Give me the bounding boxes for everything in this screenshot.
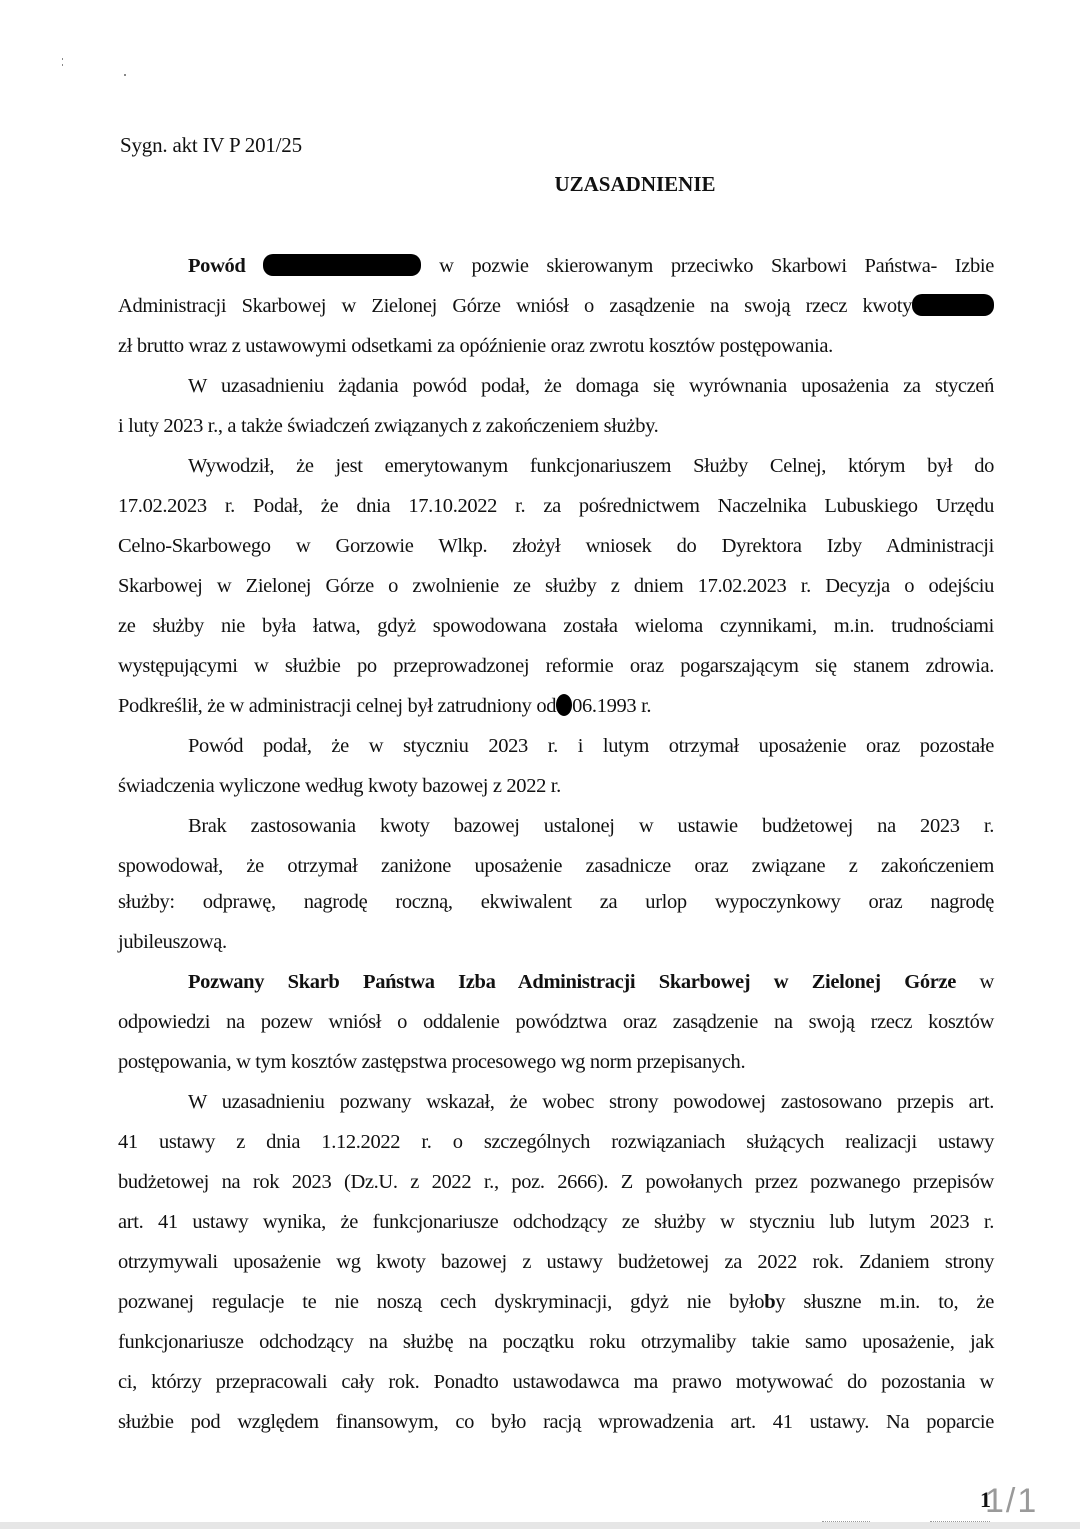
text-span: 06.1993 r. bbox=[572, 695, 651, 717]
text-span: postępowania, w tym kosztów zastępstwa p… bbox=[118, 1051, 745, 1073]
case-signature: Sygn. akt IV P 201/25 bbox=[120, 133, 302, 158]
text-line: W uzasadnieniu żądania powód podał, że d… bbox=[188, 372, 994, 400]
text-line: Powód w pozwie skierowanym przeciwko Ska… bbox=[188, 252, 994, 280]
text-span: budżetowej na rok 2023 (Dz.U. z 2022 r.,… bbox=[118, 1171, 994, 1193]
text-span: Podkreślił, że w administracji celnej by… bbox=[118, 695, 556, 717]
text-span: 41 ustawy z dnia 1.12.2022 r. o szczegól… bbox=[118, 1131, 994, 1153]
text-span: Celno-Skarbowego w Gorzowie Wlkp. złożył… bbox=[118, 535, 994, 557]
text-span: w pozwie skierowanym przeciwko Skarbowi … bbox=[421, 255, 994, 277]
text-span: Skarbowej w Zielonej Górze o zwolnienie … bbox=[118, 575, 994, 597]
text-line: Celno-Skarbowego w Gorzowie Wlkp. złożył… bbox=[118, 532, 994, 560]
text-line: spowodował, że otrzymał zaniżone uposaże… bbox=[118, 852, 994, 880]
scan-speck bbox=[62, 58, 63, 60]
text-span: służby: odprawę, nagrodę roczną, ekwiwal… bbox=[118, 891, 994, 913]
text-span: Wywodził, że jest emerytowanym funkcjona… bbox=[188, 455, 994, 477]
text-line: Wywodził, że jest emerytowanym funkcjona… bbox=[188, 452, 994, 480]
text-span: służbie pod względem finansowym, co było… bbox=[118, 1411, 994, 1433]
text-line: występującymi w służbie po przeprowadzon… bbox=[118, 652, 994, 680]
redaction-mark bbox=[263, 254, 421, 276]
text-span: otrzymywali uposażenie wg kwoty bazowej … bbox=[118, 1251, 994, 1273]
text-span: świadczenia wyliczone według kwoty bazow… bbox=[118, 775, 561, 797]
text-line: funkcjonariusze odchodzący na służbę na … bbox=[118, 1328, 994, 1356]
text-line: budżetowej na rok 2023 (Dz.U. z 2022 r.,… bbox=[118, 1168, 994, 1196]
redaction-mark bbox=[556, 694, 572, 716]
text-line: Brak zastosowania kwoty bazowej ustalone… bbox=[188, 812, 994, 840]
text-span: występującymi w służbie po przeprowadzon… bbox=[118, 655, 994, 677]
document-title: UZASADNIENIE bbox=[0, 172, 1080, 197]
text-line: i luty 2023 r., a także świadczeń związa… bbox=[118, 412, 658, 440]
text-line: służbie pod względem finansowym, co było… bbox=[118, 1408, 994, 1436]
text-span: pozwanej regulacje te nie noszą cech dys… bbox=[118, 1291, 764, 1313]
text-span: ci, którzy przepracowali cały rok. Ponad… bbox=[118, 1371, 994, 1393]
text-span: art. 41 ustawy wynika, że funkcjonariusz… bbox=[118, 1211, 994, 1233]
text-span: w bbox=[956, 971, 994, 993]
text-line: odpowiedzi na pozew wniósł o oddalenie p… bbox=[118, 1008, 994, 1036]
text-line: otrzymywali uposażenie wg kwoty bazowej … bbox=[118, 1248, 994, 1276]
scan-speck bbox=[62, 64, 63, 66]
text-line: 17.02.2023 r. Podał, że dnia 17.10.2022 … bbox=[118, 492, 994, 520]
text-line: Administracji Skarbowej w Zielonej Górze… bbox=[118, 292, 994, 320]
text-span: i luty 2023 r., a także świadczeń związa… bbox=[118, 415, 658, 437]
text-span: Administracji Skarbowej w Zielonej Górze… bbox=[118, 295, 912, 317]
text-span: W uzasadnieniu pozwany wskazał, że wobec… bbox=[188, 1091, 994, 1113]
text-span: jubileuszową. bbox=[118, 931, 227, 953]
text-line: Skarbowej w Zielonej Górze o zwolnienie … bbox=[118, 572, 994, 600]
text-span: Powód bbox=[188, 255, 263, 277]
text-line: postępowania, w tym kosztów zastępstwa p… bbox=[118, 1048, 745, 1076]
text-span: Brak zastosowania kwoty bazowej ustalone… bbox=[188, 815, 994, 837]
text-line: art. 41 ustawy wynika, że funkcjonariusz… bbox=[118, 1208, 994, 1236]
viewer-bottom-bar bbox=[0, 1522, 1080, 1529]
text-line: służby: odprawę, nagrodę roczną, ekwiwal… bbox=[118, 888, 994, 916]
text-line: ci, którzy przepracowali cały rok. Ponad… bbox=[118, 1368, 994, 1396]
text-line: Pozwany Skarb Państwa Izba Administracji… bbox=[188, 968, 994, 996]
text-line: świadczenia wyliczone według kwoty bazow… bbox=[118, 772, 561, 800]
text-span: funkcjonariusze odchodzący na służbę na … bbox=[118, 1331, 994, 1353]
text-line: Podkreślił, że w administracji celnej by… bbox=[118, 692, 651, 720]
text-line: Powód podał, że w styczniu 2023 r. i lut… bbox=[188, 732, 994, 760]
text-line: jubileuszową. bbox=[118, 928, 227, 956]
text-span: ze służby nie była łatwa, gdyż spowodowa… bbox=[118, 615, 994, 637]
text-line: zł brutto wraz z ustawowymi odsetkami za… bbox=[118, 332, 833, 360]
text-span: spowodował, że otrzymał zaniżone uposaże… bbox=[118, 855, 994, 877]
text-span: zł brutto wraz z ustawowymi odsetkami za… bbox=[118, 335, 833, 357]
redaction-mark bbox=[912, 294, 994, 316]
text-span: odpowiedzi na pozew wniósł o oddalenie p… bbox=[118, 1011, 994, 1033]
text-span: W uzasadnieniu żądania powód podał, że d… bbox=[188, 375, 994, 397]
text-line: W uzasadnieniu pozwany wskazał, że wobec… bbox=[188, 1088, 994, 1116]
viewer-page-counter: 1/1 bbox=[985, 1482, 1038, 1521]
text-span: Pozwany Skarb Państwa Izba Administracji… bbox=[188, 971, 956, 993]
text-span: b bbox=[764, 1291, 775, 1313]
text-span: y słuszne m.in. to, że bbox=[775, 1291, 994, 1313]
text-line: pozwanej regulacje te nie noszą cech dys… bbox=[118, 1288, 994, 1316]
text-line: 41 ustawy z dnia 1.12.2022 r. o szczegól… bbox=[118, 1128, 994, 1156]
scan-speck bbox=[124, 74, 126, 76]
text-span: Powód podał, że w styczniu 2023 r. i lut… bbox=[188, 735, 994, 757]
text-line: ze służby nie była łatwa, gdyż spowodowa… bbox=[118, 612, 994, 640]
text-span: 17.02.2023 r. Podał, że dnia 17.10.2022 … bbox=[118, 495, 994, 517]
